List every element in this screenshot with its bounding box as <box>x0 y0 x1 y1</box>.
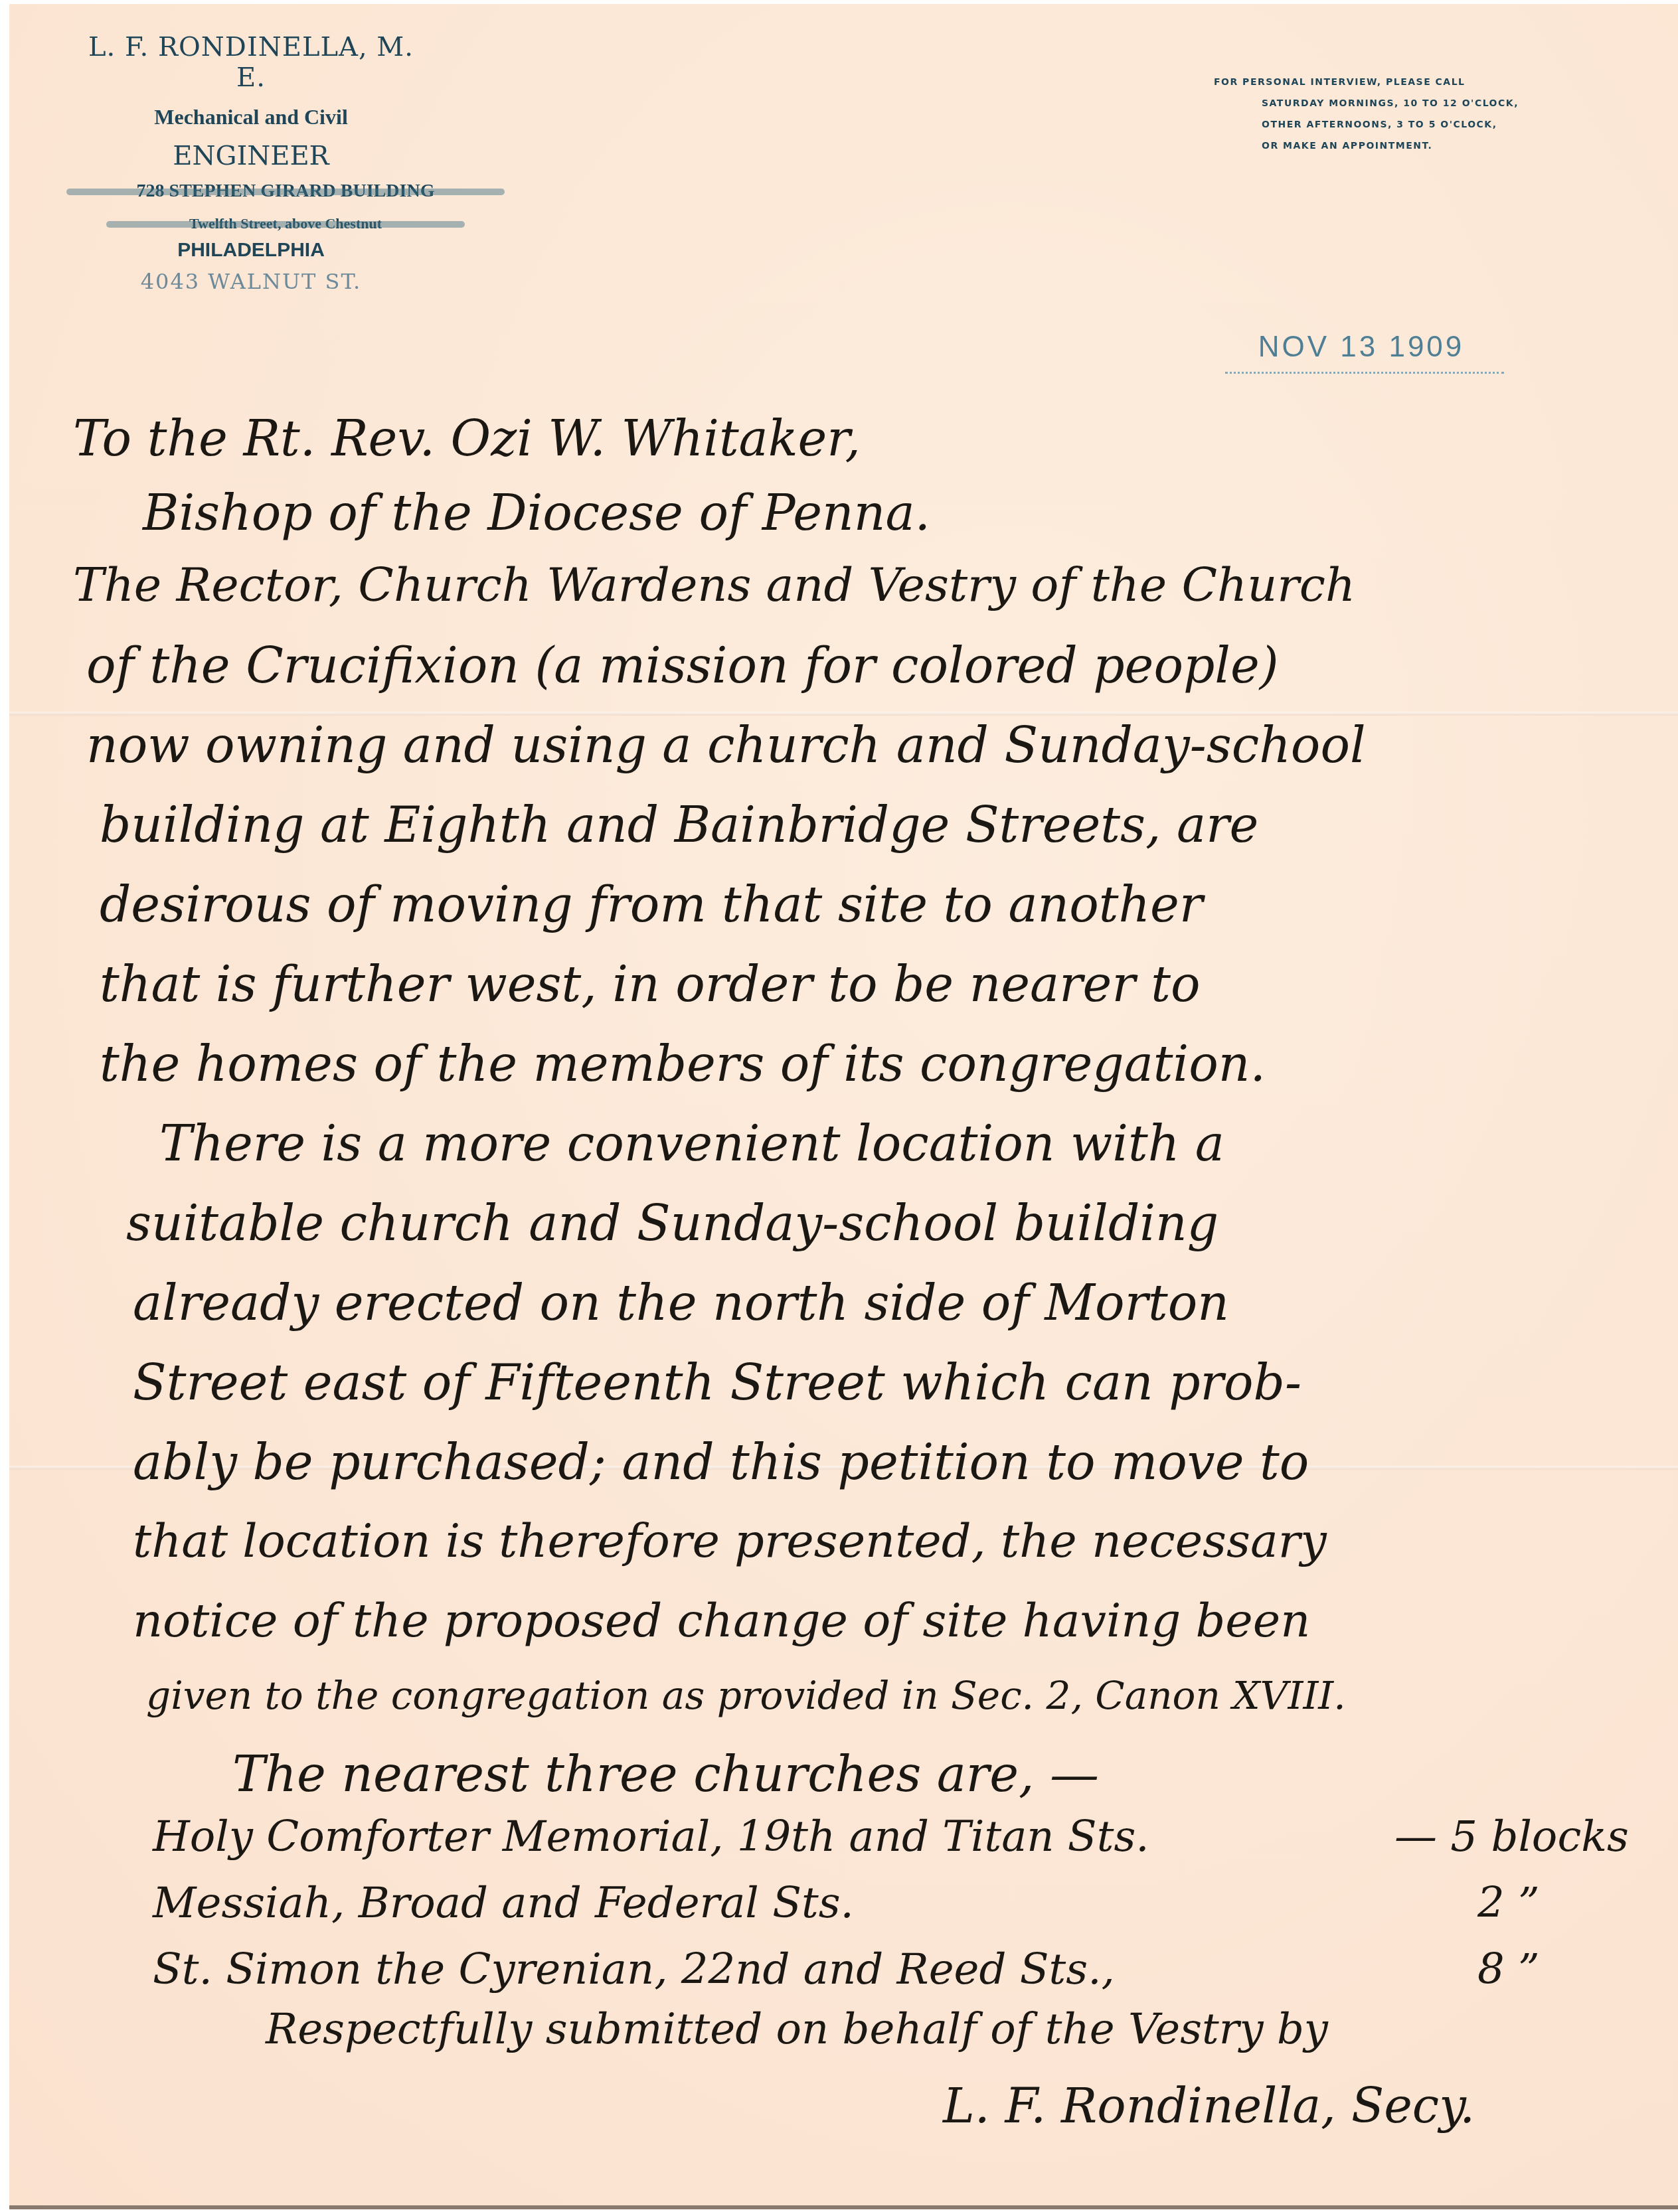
date-dotted-line <box>1225 372 1504 374</box>
hours-line: SATURDAY MORNINGS, 10 TO 12 O'CLOCK, <box>1214 93 1519 114</box>
body-line: building at Eighth and Bainbridge Street… <box>100 797 1258 854</box>
body-line: desirous of moving from that site to ano… <box>100 876 1203 933</box>
salutation-line: Bishop of the Diocese of Penna. <box>143 485 930 542</box>
body-line: suitable church and Sunday-school buildi… <box>126 1195 1218 1252</box>
church-name: St. Simon the Cyrenian, 22nd and Reed St… <box>153 1945 1115 1994</box>
church-distance: 2 ” <box>1477 1879 1540 1928</box>
body-line: Street east of Fifteenth Street which ca… <box>133 1354 1301 1411</box>
body-line: The nearest three churches are, — <box>232 1746 1099 1803</box>
church-name: Messiah, Broad and Federal Sts. <box>153 1879 854 1928</box>
letterhead-old-address: 728 STEPHEN GIRARD BUILDING <box>66 181 505 202</box>
body-line: that is further west, in order to be nea… <box>100 956 1201 1013</box>
hours-line: FOR PERSONAL INTERVIEW, PLEASE CALL <box>1214 72 1519 93</box>
body-line: the homes of the members of its congrega… <box>100 1036 1266 1093</box>
hours-line: OR MAKE AN APPOINTMENT. <box>1214 135 1519 157</box>
closing-line: Respectfully submitted on behalf of the … <box>266 2005 1328 2054</box>
body-line: The Rector, Church Wardens and Vestry of… <box>73 558 1355 612</box>
strikethrough-mark <box>66 189 505 195</box>
letterhead-city: PHILADELPHIA <box>72 239 430 262</box>
body-line: given to the congregation as provided in… <box>146 1673 1346 1718</box>
letterhead-name: L. F. RONDINELLA, M. E. <box>72 32 430 93</box>
new-address-stamp: 4043 WALNUT ST. <box>72 269 430 294</box>
body-line: of the Crucifixion (a mission for colore… <box>86 637 1279 694</box>
letterhead-old-address-street: Twelfth Street, above Chestnut <box>106 215 465 232</box>
body-line: notice of the proposed change of site ha… <box>133 1593 1310 1648</box>
body-line: now owning and using a church and Sunday… <box>86 717 1366 774</box>
salutation-line: To the Rt. Rev. Ozi W. Whitaker, <box>73 410 861 467</box>
signature: L. F. Rondinella, Secy. <box>943 2078 1475 2134</box>
letterhead-profession: Mechanical and Civil <box>72 105 430 129</box>
church-name: Holy Comforter Memorial, 19th and Titan … <box>153 1812 1149 1861</box>
church-distance: 8 ” <box>1477 1945 1540 1994</box>
body-line: already erected on the north side of Mor… <box>133 1275 1229 1332</box>
fold-crease <box>9 712 1678 716</box>
church-distance: — 5 blocks <box>1394 1812 1629 1861</box>
body-line: that location is therefore presented, th… <box>133 1514 1327 1568</box>
body-line: ably be purchased; and this petition to … <box>133 1434 1309 1491</box>
body-line: There is a more convenient location with… <box>159 1115 1224 1172</box>
office-hours-block: FOR PERSONAL INTERVIEW, PLEASE CALL SATU… <box>1214 72 1519 157</box>
date-stamp: NOV 13 1909 <box>1222 331 1501 364</box>
letterhead-title: ENGINEER <box>72 141 430 171</box>
hours-line: OTHER AFTERNOONS, 3 TO 5 O'CLOCK, <box>1214 114 1519 135</box>
strikethrough-mark <box>106 221 465 228</box>
